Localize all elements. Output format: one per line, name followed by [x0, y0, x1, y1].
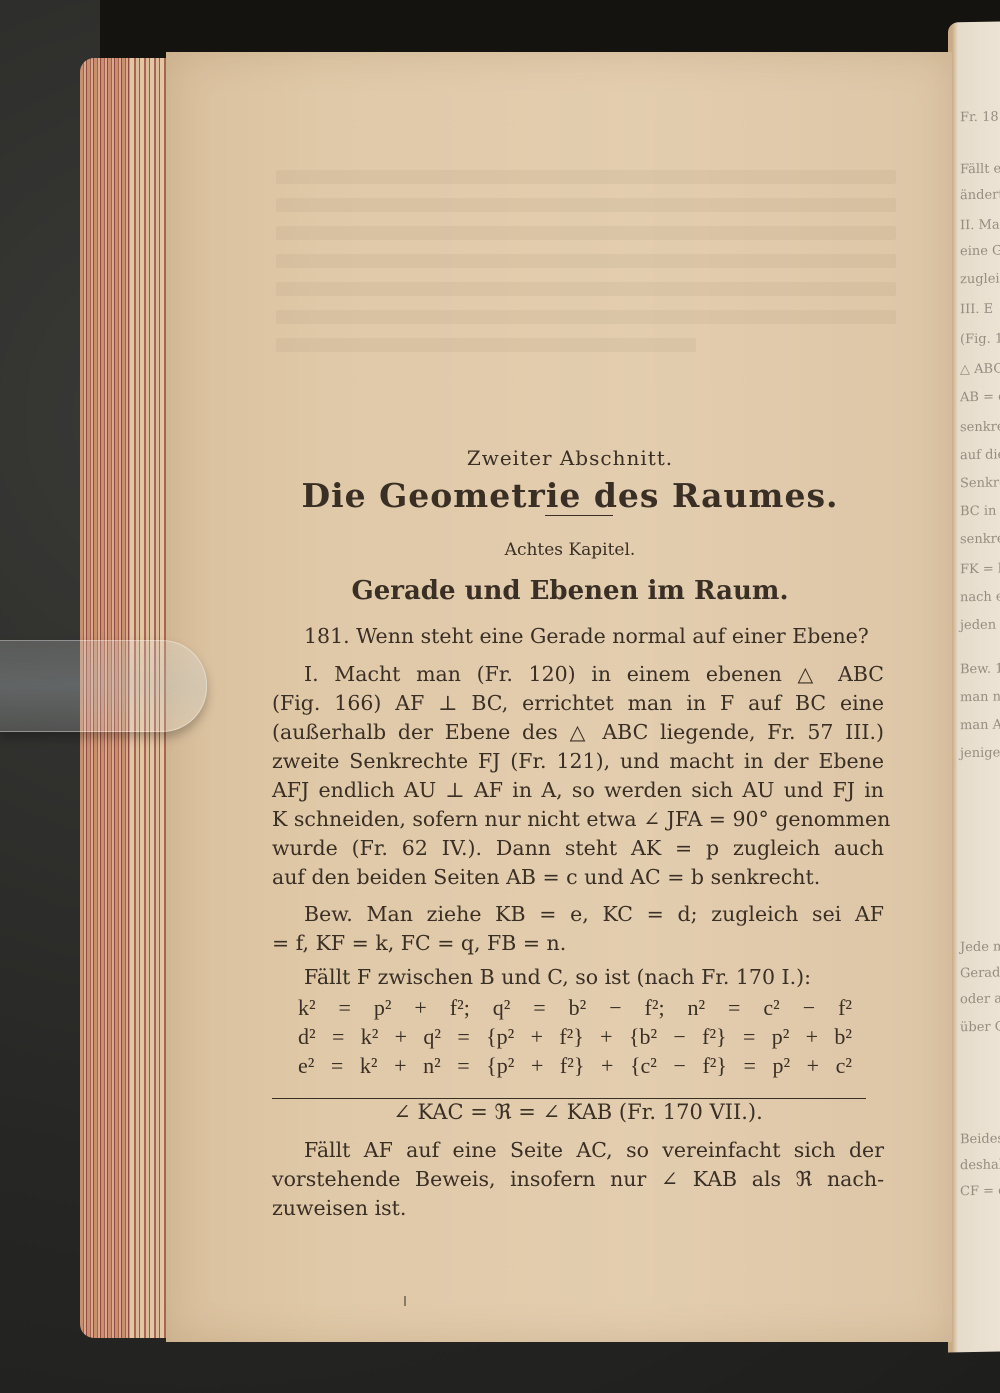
text-line: AFJ endlich AU ⊥ AF in A, so werden sich… — [272, 776, 884, 805]
next-page-text: nach einem — [960, 589, 1000, 605]
chapter-heading: Achtes Kapitel. — [260, 540, 880, 560]
paper-speck — [404, 1296, 406, 1306]
bleed-through — [276, 310, 896, 324]
bleed-through — [276, 282, 896, 296]
text-line: wurde (Fr. 62 IV.). Dann steht AK = p zu… — [272, 834, 884, 863]
text-line: (Fig. 166) AF ⊥ BC, errichtet man in F a… — [272, 689, 884, 718]
next-page-text: zugleich sen — [960, 271, 1000, 287]
background-shadow — [100, 0, 1000, 60]
proof-intro: Bew. Man ziehe KB = e, KC = d; zugleich … — [272, 900, 884, 958]
next-page-text: deshalb — [960, 1157, 1000, 1173]
chapter-title: Gerade und Ebenen im Raum. — [260, 576, 880, 606]
equation-line: k² = p² + f²; q² = b² − f²; n² = c² − f² — [272, 993, 884, 1022]
next-page-text: über C hin — [960, 1019, 1000, 1035]
paragraph-1: I. Macht man (Fr. 120) in einem ebenen △… — [272, 660, 884, 892]
next-page-text: Beides — [960, 1131, 1000, 1147]
text-line: K schneiden, sofern nur nicht etwa ∠ JFA… — [272, 805, 884, 834]
next-page-text: CF = q — [960, 1183, 1000, 1199]
text-line: I. Macht man (Fr. 120) in einem ebenen △… — [272, 660, 884, 689]
next-page-text: (Fig. 166) — [960, 331, 1000, 347]
next-page-text: Gerade — [960, 965, 1000, 981]
bleed-through — [276, 170, 896, 184]
equation-rule — [272, 1098, 866, 1099]
text-line: Bew. Man ziehe KB = e, KC = d; zugleich … — [272, 900, 884, 929]
case-intro: Fällt F zwischen B und C, so ist (nach F… — [272, 963, 884, 992]
text-line: zweite Senkrechte FJ (Fr. 121), und mach… — [272, 747, 884, 776]
bleed-through — [276, 338, 696, 352]
text-line: vorstehende Beweis, insofern nur ∠ KAB a… — [272, 1165, 884, 1194]
next-page-text: eine Gerade — [960, 243, 1000, 259]
page-holder-clip — [0, 640, 207, 732]
next-page-text: jeden läßt. — [960, 617, 1000, 633]
next-page-text: △ ABC — [960, 361, 1000, 377]
section-heading: Zweiter Abschnitt. — [260, 446, 880, 470]
question-heading: 181. Wenn steht eine Gerade normal auf e… — [272, 622, 884, 651]
next-page-text: FK = k, — [960, 561, 1000, 577]
title-divider — [545, 515, 613, 516]
bleed-through — [276, 226, 896, 240]
text-line: zuweisen ist. — [272, 1194, 884, 1223]
next-page-text: II. Ma — [960, 218, 1000, 234]
next-page-text: auf die E — [960, 447, 1000, 463]
next-page-text: Bew. 1 — [960, 661, 1000, 677]
next-page-text: Fr. 181. — [960, 109, 1000, 125]
equation-line: d² = k² + q² = {p² + f²} + {b² − f²} = p… — [272, 1022, 884, 1051]
next-page-text: ändert sich — [960, 187, 1000, 203]
next-page-text: oder auf — [960, 991, 1000, 1007]
equations: k² = p² + f²; q² = b² − f²; n² = c² − f²… — [272, 993, 884, 1080]
text-line: Fällt F zwischen B und C, so ist (nach F… — [272, 963, 884, 992]
text-line: = f, KF = k, FC = q, FB = n. — [272, 929, 884, 958]
next-page-text: man AK — [960, 717, 1000, 733]
text-line: Fällt AF auf eine Seite AC, so vereinfac… — [272, 1136, 884, 1165]
bleed-through — [276, 198, 896, 212]
next-page-text: BC in F, — [960, 503, 1000, 519]
next-page-text: III. E — [960, 302, 993, 318]
next-page-text: senkrecht — [960, 531, 1000, 547]
text-line: (außerhalb der Ebene des △ ABC liegende,… — [272, 718, 884, 747]
next-page-text: Jede man — [960, 939, 1000, 955]
next-page-text: jenige Fr. — [960, 745, 1000, 761]
next-page-text: Senkrechte — [960, 475, 1000, 491]
next-page-text: man noch — [960, 689, 1000, 705]
next-page-text: AB = c — [960, 389, 1000, 405]
next-page-text: Fällt e — [960, 162, 1000, 178]
paragraph-final: Fällt AF auf eine Seite AC, so vereinfac… — [272, 1136, 884, 1223]
question-text: 181. Wenn steht eine Gerade normal auf e… — [272, 622, 884, 651]
equation-line: e² = k² + n² = {p² + f²} + {c² − f²} = p… — [272, 1051, 884, 1080]
part-title: Die Geometrie des Raumes. — [260, 476, 880, 515]
bleed-through — [276, 254, 896, 268]
conclusion: ∠ KAC = ℜ = ∠ KAB (Fr. 170 VII.). — [272, 1100, 884, 1124]
next-page-text: senkrecht, — [960, 419, 1000, 435]
text-line: auf den beiden Seiten AB = c und AC = b … — [272, 863, 884, 892]
